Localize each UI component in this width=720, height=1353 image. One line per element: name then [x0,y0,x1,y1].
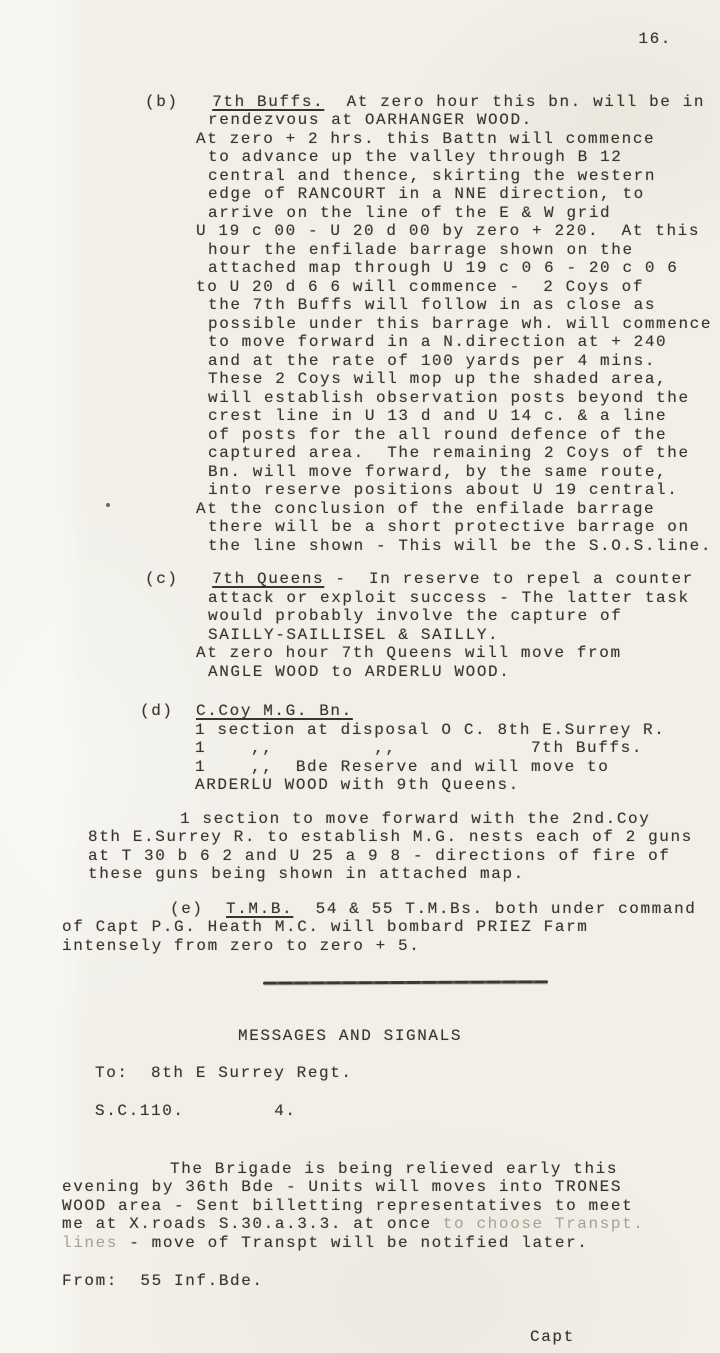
typewriter-text: evening by 36th Bde - Units will moves i… [62,1178,622,1196]
typewriter-text: central and thence, skirting the western [208,167,656,185]
vertical-space [0,1082,720,1102]
section-b-line: attached map through U 19 c 0 6 - 20 c 0… [0,259,720,278]
section-c-line: SAILLY-SAILLISEL & SAILLY. [0,626,720,645]
mg-paragraph-line: 8th E.Surrey R. to establish M.G. nests … [0,828,720,847]
section-b-line: there will be a short protective barrage… [0,518,720,537]
typewriter-text: would probably involve the capture of [208,607,622,625]
section-b-line: rendezvous at OARHANGER WOOD. [0,111,720,130]
typewriter-text: (e) [170,900,226,918]
section-b-line: arrive on the line of the E & W grid [0,204,720,223]
section-b-line: the 7th Buffs will follow in as close as [0,296,720,315]
typewriter-text: me at X.roads S.30.a.3.3. at once [62,1215,443,1233]
section-b-line: to U 20 d 6 6 will commence - 2 Coys of [0,278,720,297]
section-b-line: captured area. The remaining 2 Coys of t… [0,444,720,463]
section-e-line: (e) T.M.B. 54 & 55 T.M.Bs. both under co… [0,900,720,919]
vertical-space [0,555,720,570]
typewriter-text: to advance up the valley through B 12 [208,148,622,166]
section-e-line: of Capt P.G. Heath M.C. will bombard PRI… [0,918,720,937]
section-c-line: ANGLE WOOD to ARDERLU WOOD. [0,663,720,682]
section-c-line: would probably involve the capture of [0,607,720,626]
underlined-heading-text: T.M.B. [226,900,293,918]
typewriter-text: MESSAGES AND SIGNALS [238,1027,462,1045]
typewriter-text: 8th E.Surrey R. to establish M.G. nests … [88,828,693,846]
typewriter-text: of Capt P.G. Heath M.C. will bombard PRI… [62,918,588,936]
message-body-line: evening by 36th Bde - Units will moves i… [0,1178,720,1197]
vertical-space [0,1252,720,1272]
vertical-space [0,1121,720,1160]
underlined-heading-text: 7th Queens [212,570,324,588]
page-number: 16. [0,30,720,49]
section-b-line: These 2 Coys will mop up the shaded area… [0,370,720,389]
document-page: 16.(b) 7th Buffs. At zero hour this bn. … [0,0,720,1353]
section-b-line: central and thence, skirting the western [0,167,720,186]
typewriter-text: U 19 c 00 - U 20 d 00 by zero + 220. At … [196,222,700,240]
reference-line: S.C.110. 4. [0,1102,720,1121]
typewriter-text: 1 ,, Bde Reserve and will move to [195,758,609,776]
typewriter-text: From: 55 Inf.Bde. [62,1272,264,1290]
typewriter-text: of posts for the all round defence of th… [208,426,667,444]
typewriter-text: To: 8th E Surrey Regt. [95,1064,353,1082]
vertical-space [0,795,720,810]
typewriter-text: hour the enfilade barrage shown on the [208,241,634,259]
typewriter-text: ANGLE WOOD to ARDERLU WOOD. [208,663,510,681]
section-d-line: (d) C.Coy M.G. Bn. [0,702,720,721]
section-b-line: of posts for the all round defence of th… [0,426,720,445]
vertical-space [0,955,720,981]
typewriter-text: captured area. The remaining 2 Coys of t… [208,444,690,462]
typewriter-text: 1 section to move forward with the 2nd.C… [180,810,650,828]
section-b-line: possible under this barrage wh. will com… [0,315,720,334]
section-c-line: attack or exploit success - The latter t… [0,589,720,608]
typewriter-text: arrive on the line of the E & W grid [208,204,611,222]
typewriter-text: At the conclusion of the enfilade barrag… [196,500,655,518]
section-d-line: 1 ,, Bde Reserve and will move to [0,758,720,777]
typewriter-text: - In reserve to repel a counter [324,570,694,588]
signature-capt: Capt [0,1328,720,1347]
typewriter-text: edge of RANCOURT in a NNE direction, to [208,185,645,203]
section-b-line: At zero + 2 hrs. this Battn will commenc… [0,130,720,149]
section-e-line: intensely from zero to zero + 5. [0,937,720,956]
section-b-line: Bn. will move forward, by the same route… [0,463,720,482]
message-body-line: lines - move of Transpt will be notified… [0,1234,720,1253]
to-line: To: 8th E Surrey Regt. [0,1064,720,1083]
typewriter-text: At zero + 2 hrs. this Battn will commenc… [196,130,655,148]
section-b-line: (b) 7th Buffs. At zero hour this bn. wil… [0,93,720,112]
section-b-line: to move forward in a N.direction at + 24… [0,333,720,352]
typewriter-text: the 7th Buffs will follow in as close as [208,296,656,314]
section-b-line: into reserve positions about U 19 centra… [0,481,720,500]
typewriter-text: to move forward in a N.direction at + 24… [208,333,667,351]
typewriter-text: Capt [530,1328,575,1346]
typewriter-text: attack or exploit success - The latter t… [208,589,690,607]
underlined-heading-text: C.Coy M.G. Bn. [196,702,353,720]
vertical-space [0,49,720,93]
typewriter-text: at T 30 b 6 2 and U 25 a 9 8 - direction… [88,847,670,865]
vertical-space [0,884,720,900]
messages-heading: MESSAGES AND SIGNALS [0,1027,720,1046]
typewriter-text: ARDERLU WOOD with 9th Queens. [195,776,520,794]
section-b-line: crest line in U 13 d and U 14 c. & a lin… [0,407,720,426]
typewriter-text: 16. [638,30,672,48]
section-b-line: U 19 c 00 - U 20 d 00 by zero + 220. At … [0,222,720,241]
message-body-line: WOOD area - Sent billetting representati… [0,1197,720,1216]
section-b-line: to advance up the valley through B 12 [0,148,720,167]
typewriter-text: WOOD area - Sent billetting representati… [62,1197,633,1215]
section-d-line: 1 section at disposal O C. 8th E.Surrey … [0,721,720,740]
typewriter-text: there will be a short protective barrage… [208,518,690,536]
typewriter-text: 54 & 55 T.M.Bs. both under command [293,900,696,918]
typewriter-text: the line shown - This will be the S.O.S.… [208,537,712,555]
typewriter-text: Bn. will move forward, by the same route… [208,463,667,481]
message-body-line: The Brigade is being relieved early this [0,1160,720,1179]
section-d-line: ARDERLU WOOD with 9th Queens. [0,776,720,795]
typewriter-text: lines [62,1234,118,1252]
section-b-line: will establish observation posts beyond … [0,389,720,408]
underlined-heading-text: 7th Buffs. [212,93,324,111]
typewriter-text: rendezvous at OARHANGER WOOD. [208,111,533,129]
section-b-line: hour the enfilade barrage shown on the [0,241,720,260]
vertical-space [0,984,720,1027]
mg-paragraph-line: 1 section to move forward with the 2nd.C… [0,810,720,829]
typewriter-text: attached map through U 19 c 0 6 - 20 c 0… [208,259,678,277]
section-c-line: At zero hour 7th Queens will move from [0,644,720,663]
typewriter-text: these guns being shown in attached map. [88,865,525,883]
section-b-line: and at the rate of 100 yards per 4 mins. [0,352,720,371]
typewriter-text: to U 20 d 6 6 will commence - 2 Coys of [196,278,644,296]
section-b-line: the line shown - This will be the S.O.S.… [0,537,720,556]
mg-paragraph-line: at T 30 b 6 2 and U 25 a 9 8 - direction… [0,847,720,866]
typewriter-text: will establish observation posts beyond … [208,389,690,407]
typewriter-text: (b) [145,93,212,111]
typewriter-text: SAILLY-SAILLISEL & SAILLY. [208,626,499,644]
typewriter-text: intensely from zero to zero + 5. [62,937,420,955]
typewriter-text: and at the rate of 100 yards per 4 mins. [208,352,656,370]
vertical-space [0,1046,720,1064]
typewriter-text: possible under this barrage wh. will com… [208,315,712,333]
section-c-line: (c) 7th Queens - In reserve to repel a c… [0,570,720,589]
typewriter-text: - move of Transpt will be notified later… [118,1234,588,1252]
typewriter-text: (c) [145,570,212,588]
typewriter-text: crest line in U 13 d and U 14 c. & a lin… [208,407,667,425]
typewriter-text: At zero hour 7th Queens will move from [196,644,622,662]
from-line: From: 55 Inf.Bde. [0,1272,720,1291]
typewriter-text: to choose Transpt. [443,1215,645,1233]
typewriter-text: 1 section at disposal O C. 8th E.Surrey … [195,721,665,739]
typewriter-text: (d) [140,702,196,720]
typewriter-text: S.C.110. 4. [95,1102,297,1120]
typewriter-text: These 2 Coys will mop up the shaded area… [208,370,667,388]
typewriter-text: The Brigade is being relieved early this [170,1160,618,1178]
mg-paragraph-line: these guns being shown in attached map. [0,865,720,884]
typewriter-text: into reserve positions about U 19 centra… [208,481,678,499]
typewriter-text: At zero hour this bn. will be in [324,93,705,111]
section-d-line: 1 ,, ,, 7th Buffs. [0,739,720,758]
message-body-line: me at X.roads S.30.a.3.3. at once to cho… [0,1215,720,1234]
vertical-space [0,1291,720,1328]
vertical-space [0,681,720,702]
stray-ink-mark [106,503,110,507]
typewriter-text: 1 ,, ,, 7th Buffs. [195,739,643,757]
section-b-line: edge of RANCOURT in a NNE direction, to [0,185,720,204]
document-content: 16.(b) 7th Buffs. At zero hour this bn. … [0,30,720,1346]
